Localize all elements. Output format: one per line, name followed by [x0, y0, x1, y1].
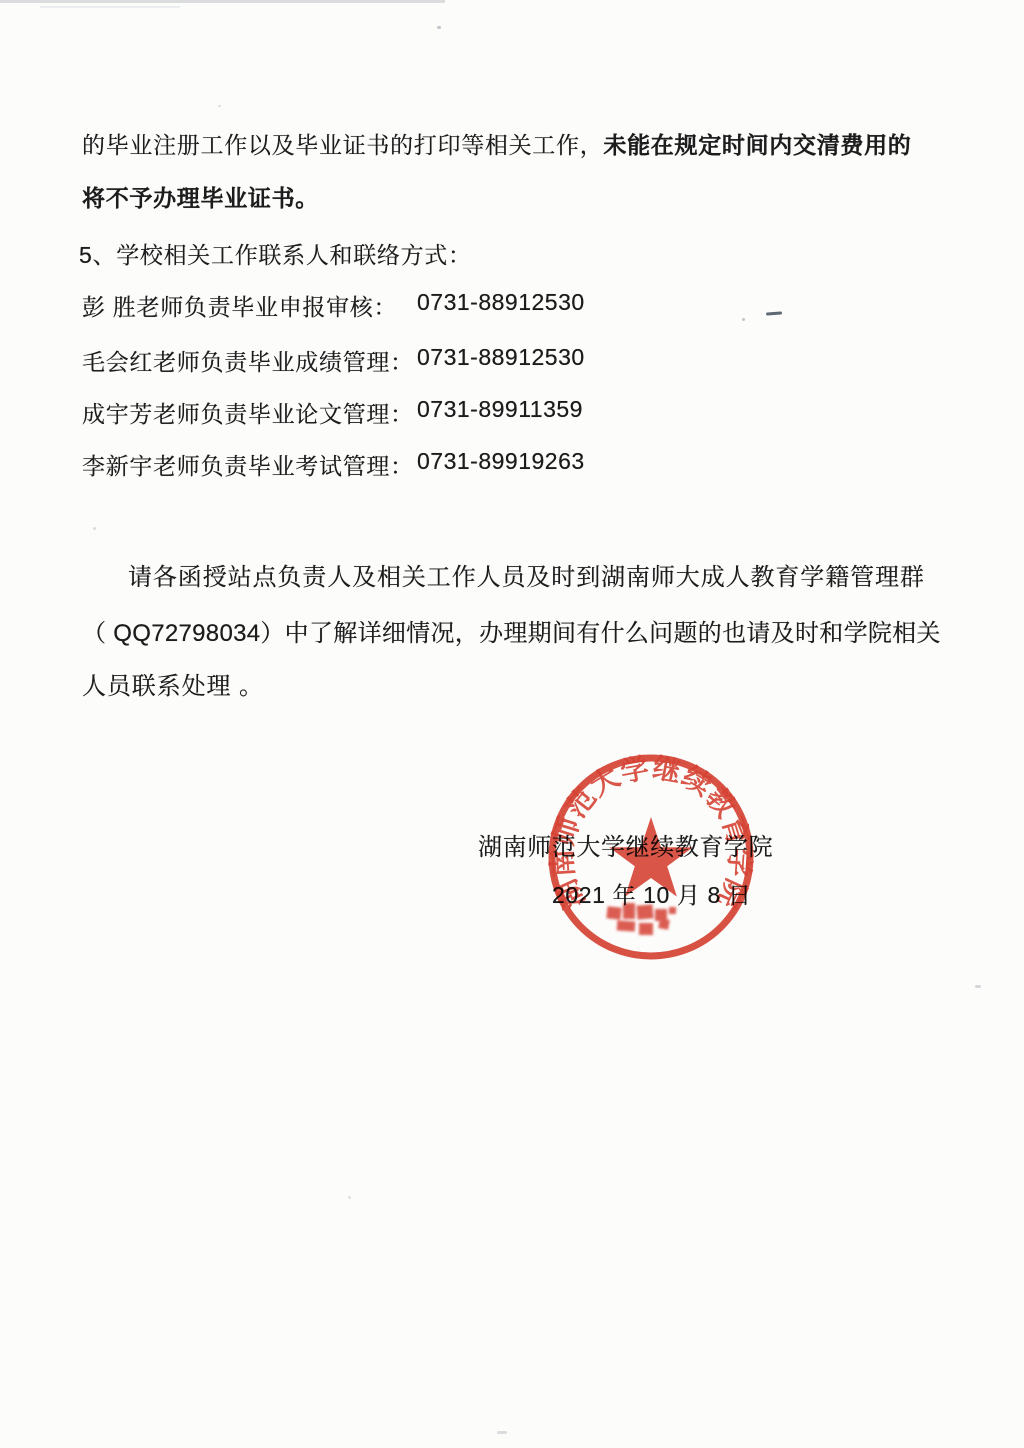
- scan-artifact-top-edge: [40, 6, 180, 8]
- seal-bottom-marks: [606, 903, 676, 935]
- contact-row: 李新宇老师负责毕业考试管理： 0731-89919263: [82, 448, 962, 481]
- scan-speck: [437, 26, 441, 29]
- scan-speck: [742, 318, 745, 321]
- paragraph-fee-notice-line1: 的毕业注册工作以及毕业证书的打印等相关工作，未能在规定时间内交清费用的: [82, 127, 912, 160]
- contact-label: 毛会红老师负责毕业成绩管理：: [82, 349, 414, 375]
- contact-phone: 0731-89911359: [417, 396, 583, 423]
- section-5-heading: 5、学校相关工作联系人和联络方式：: [79, 237, 472, 270]
- scan-speck: [93, 527, 96, 530]
- paragraph-fee-notice-line2: 将不予办理毕业证书。: [82, 180, 319, 213]
- contact-row: 成宇芳老师负责毕业论文管理： 0731-89911359: [82, 396, 962, 429]
- paragraph-text-bold: 未能在规定时间内交清费用的: [603, 132, 911, 158]
- document-page: 的毕业注册工作以及毕业证书的打印等相关工作，未能在规定时间内交清费用的 将不予办…: [0, 0, 1024, 1448]
- seal-star-icon: [609, 817, 693, 897]
- contact-row: 毛会红老师负责毕业成绩管理： 0731-88912530: [82, 344, 962, 377]
- scan-speck: [975, 985, 981, 988]
- contact-label: 成宇芳老师负责毕业论文管理：: [82, 401, 414, 427]
- contact-label: 李新宇老师负责毕业考试管理：: [82, 453, 414, 479]
- scan-speck: [497, 1431, 507, 1434]
- contact-phone: 0731-88912530: [417, 344, 585, 371]
- contact-phone: 0731-89919263: [417, 448, 585, 475]
- contact-label: 彭 胜老师负责毕业申报审核：: [82, 294, 397, 320]
- closing-paragraph-line2: （ QQ72798034）中了解详细情况，办理期间有什么问题的也请及时和学院相关: [82, 613, 941, 648]
- closing-paragraph-line1: 请各函授站点负责人及相关工作人员及时到湖南师大成人教育学籍管理群: [128, 557, 925, 592]
- closing-paragraph-line3: 人员联系处理 。: [82, 666, 264, 701]
- paragraph-text: 的毕业注册工作以及毕业证书的打印等相关工作，: [82, 132, 603, 158]
- official-seal-stamp: 湖南师范大学继续教育学院: [543, 749, 759, 965]
- contact-row: 彭 胜老师负责毕业申报审核： 0731-88912530: [82, 289, 962, 322]
- scan-speck: [218, 105, 221, 107]
- scan-artifact-top-edge: [0, 0, 445, 3]
- scan-speck: [348, 1196, 351, 1199]
- contact-phone: 0731-88912530: [417, 289, 585, 316]
